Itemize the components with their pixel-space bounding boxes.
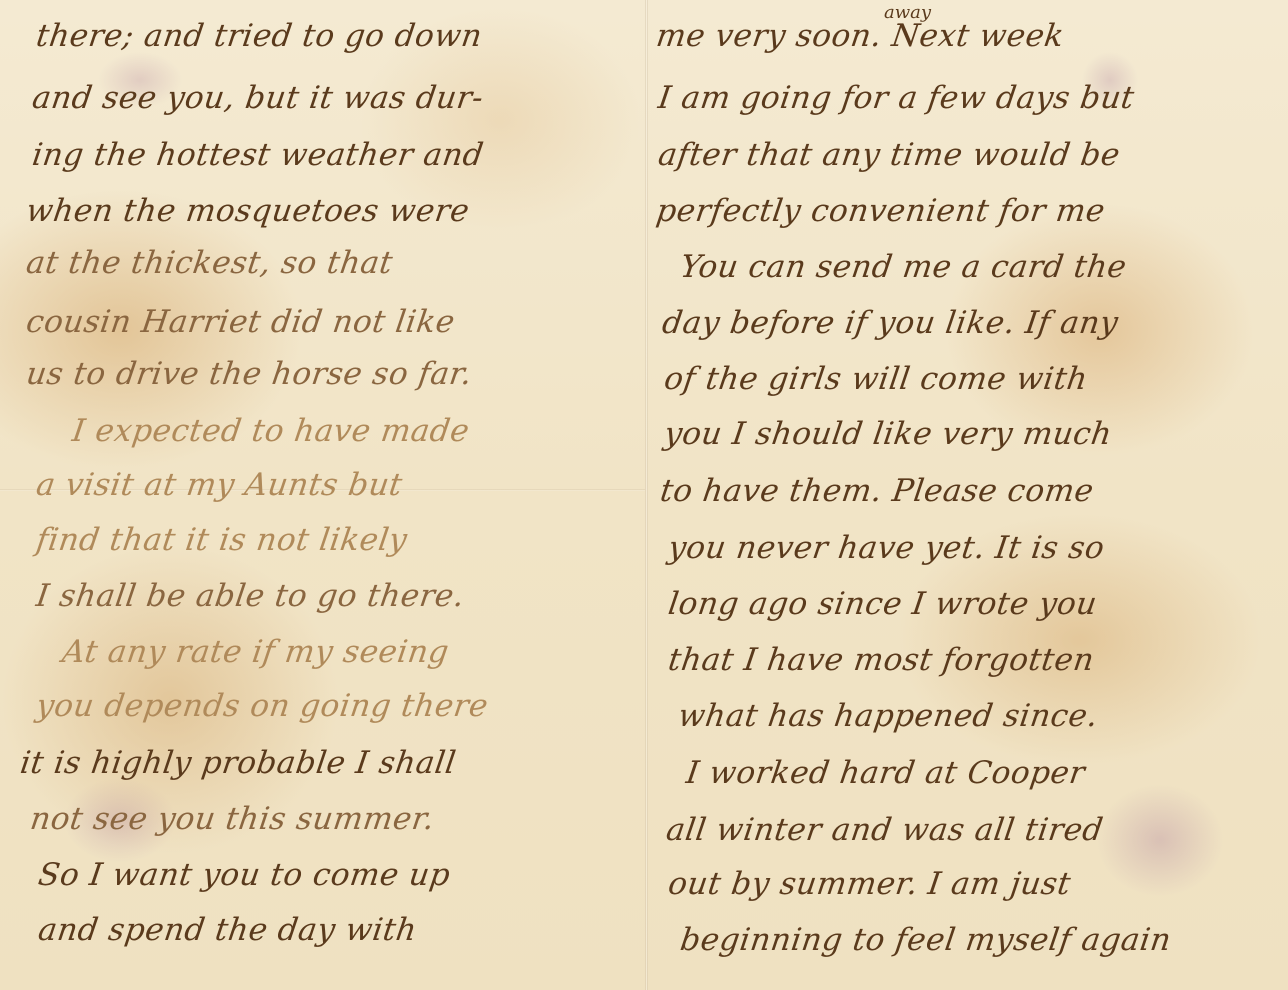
handwritten-line: to have them. Please come (658, 473, 1096, 509)
handwritten-line: and spend the day with (36, 912, 419, 948)
handwritten-line: it is highly probable I shall (18, 745, 458, 781)
handwritten-line: beginning to feel myself again (678, 922, 1174, 958)
handwritten-line: a visit at my Aunts but (34, 467, 405, 503)
handwritten-line: At any rate if my seeing (60, 634, 451, 670)
handwritten-line: me very soon. Next week (654, 18, 1066, 54)
handwritten-line: I worked hard at Cooper (684, 755, 1087, 791)
handwritten-line: I expected to have made (70, 413, 472, 449)
handwritten-line: I shall be able to go there. (34, 578, 467, 614)
handwritten-line: I am going for a few days but (656, 80, 1137, 116)
right-page: away me very soon. Next week I am going … (648, 0, 1288, 990)
handwritten-line: all winter and was all tired (664, 812, 1106, 848)
handwritten-line: when the mosquetoes were (24, 193, 472, 229)
handwritten-line: cousin Harriet did not like (24, 304, 457, 340)
handwritten-line: and see you, but it was dur- (30, 80, 486, 116)
handwritten-line: not see you this summer. (28, 801, 437, 837)
handwritten-line: perfectly convenient for me (654, 193, 1107, 229)
handwritten-line: ing the hottest weather and (30, 137, 486, 173)
left-page: there; and tried to go down and see you,… (0, 0, 645, 990)
handwritten-line: you depends on going there (34, 688, 491, 724)
handwritten-line: at the thickest, so that (24, 245, 395, 281)
handwritten-line: day before if you like. If any (660, 305, 1121, 341)
handwritten-line: that I have most forgotten (666, 642, 1097, 678)
handwritten-line: you I should like very much (662, 416, 1114, 452)
handwritten-line: out by summer. I am just (666, 866, 1073, 902)
handwritten-line: You can send me a card the (678, 249, 1129, 285)
handwritten-line: after that any time would be (656, 137, 1122, 173)
handwritten-line: So I want you to come up (36, 857, 453, 893)
handwritten-line: find that it is not likely (34, 522, 410, 558)
handwritten-line: you never have yet. It is so (666, 530, 1107, 566)
handwritten-line: us to drive the horse so far. (24, 356, 474, 392)
handwritten-line: long ago since I wrote you (666, 586, 1099, 622)
handwritten-line: of the girls will come with (662, 361, 1090, 397)
letter-sheet: there; and tried to go down and see you,… (0, 0, 1288, 990)
handwritten-line: there; and tried to go down (34, 18, 485, 54)
handwritten-line: what has happened since. (676, 698, 1100, 734)
